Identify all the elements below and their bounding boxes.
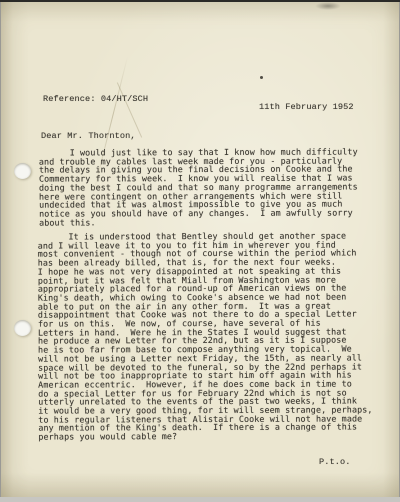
hole-punch-bottom — [14, 320, 31, 336]
letter-date: 11th February 1952 — [259, 102, 354, 112]
letter-paper: Reference: 04/HT/SCH 11th February 1952 … — [1, 2, 399, 497]
letter-paragraph-1: I would just like to say that I know how… — [39, 147, 384, 227]
ink-speck — [260, 76, 263, 79]
paper-smudge — [315, 2, 341, 10]
scanned-letter-page: Reference: 04/HT/SCH 11th February 1952 … — [0, 0, 400, 502]
salutation: Dear Mr. Thornton, — [41, 131, 136, 141]
scan-top-edge — [0, 0, 400, 2]
letter-paragraph-2: It is understood that Bentley should get… — [38, 231, 387, 441]
reference-line: Reference: 04/HT/SCH — [43, 94, 148, 104]
hole-punch-top — [14, 163, 31, 179]
paper-crease — [117, 82, 142, 137]
scanner-bed-strip — [0, 497, 400, 502]
please-turn-over-note: P.t.o. — [319, 457, 351, 467]
